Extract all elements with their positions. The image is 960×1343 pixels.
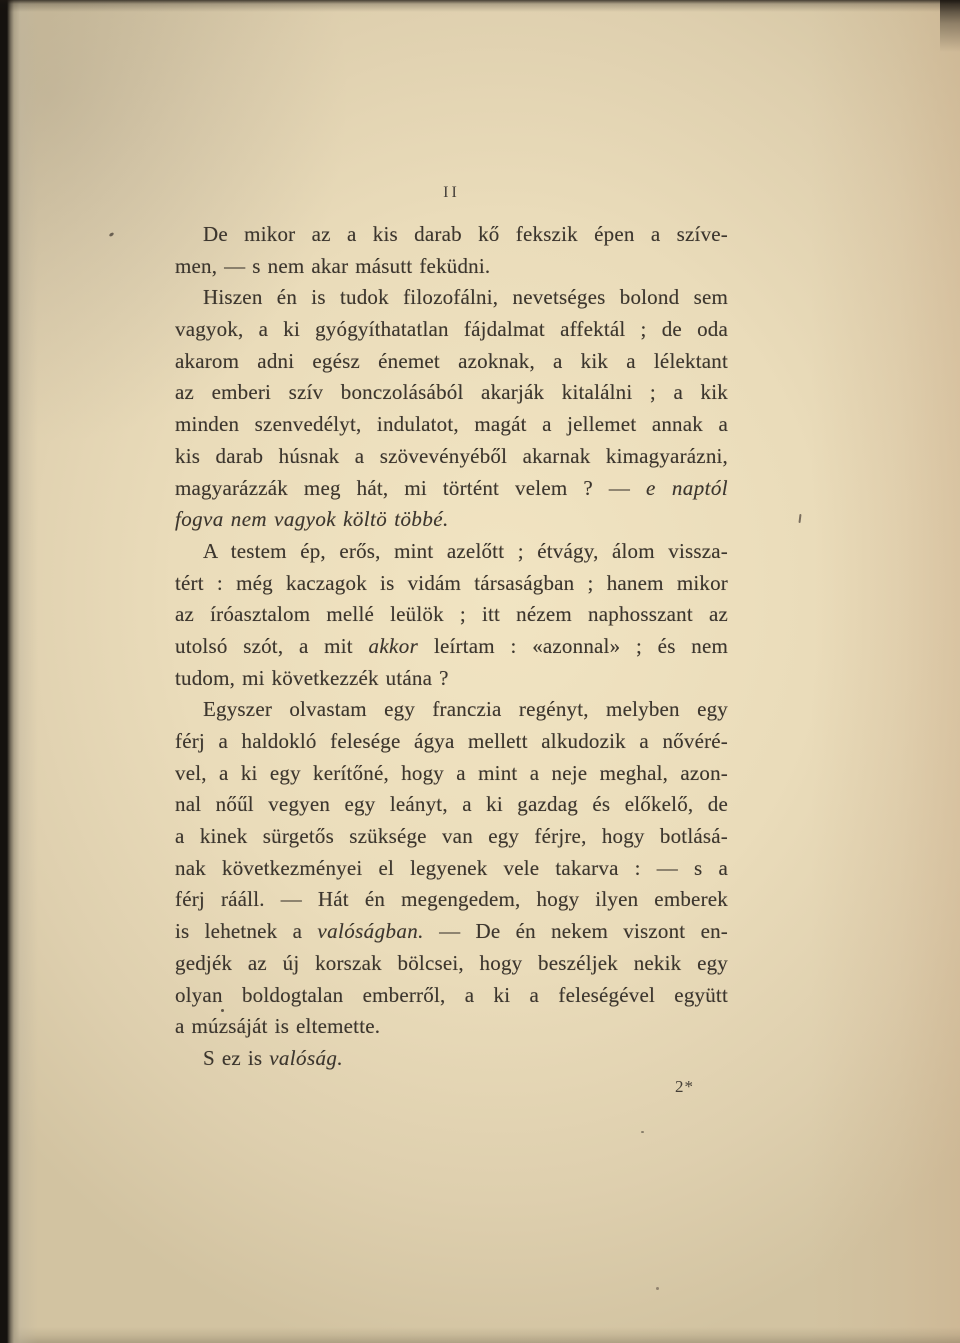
signature-mark: 2* (675, 1077, 694, 1097)
text-segment: Hiszen én is tudok filozofálni, nevetség… (203, 285, 728, 309)
page-number: II (175, 184, 728, 202)
text-segment: S ez is (203, 1046, 269, 1070)
italic-text-segment: e naptól (646, 476, 728, 500)
text-line: az íróasztalom mellé leülök ; itt nézem … (175, 599, 728, 631)
scanned-book-page: II De mikor az a kis darab kő fekszik ép… (0, 0, 960, 1343)
text-segment: kis darab húsnak a szövevényéből akarnak… (175, 444, 728, 468)
text-segment: nal nőűl vegyen egy leányt, a ki gazdag … (175, 792, 728, 816)
text-segment: gedjék az új korszak bölcsei, hogy beszé… (175, 951, 728, 975)
italic-text-segment: valóságban. (317, 919, 423, 943)
text-segment: férj rááll. — Hát én megengedem, hogy il… (175, 887, 728, 911)
text-segment: utolsó szót, a mit (175, 634, 368, 658)
text-segment: vagyok, a ki gyógyíthatatlan fájdalmat a… (175, 317, 728, 341)
text-line: S ez is valóság. (175, 1043, 728, 1075)
text-segment: olyan boldogtalan emberről, a ki a feles… (175, 983, 728, 1007)
italic-text-segment: akkor (368, 634, 418, 658)
text-line: is lehetnek a valóságban. — De én nekem … (175, 916, 728, 948)
text-line: men, — s nem akar másutt feküdni. (175, 251, 728, 283)
text-line: férj a haldokló felesége ágya mellett al… (175, 726, 728, 758)
text-line: tért : még kaczagok is vidám társaságban… (175, 568, 728, 600)
text-segment: a kinek sürgetős szüksége van egy férjre… (175, 824, 728, 848)
text-segment: férj a haldokló felesége ágya mellett al… (175, 729, 728, 753)
text-segment: az íróasztalom mellé leülök ; itt nézem … (175, 602, 728, 626)
text-segment: is lehetnek a (175, 919, 317, 943)
text-line: a múzsáját is eltemette. (175, 1011, 728, 1043)
text-segment: az emberi szív bonczolásából akarják kit… (175, 380, 728, 404)
text-line: minden szenvedélyt, indulatot, magát a j… (175, 409, 728, 441)
italic-text-segment: valóság. (269, 1046, 343, 1070)
text-line: akarom adni egész énemet azoknak, a kik … (175, 346, 728, 378)
ink-speck (656, 1287, 659, 1290)
italic-text-segment: fogva nem vagyok költö többé. (175, 507, 449, 531)
text-line: vagyok, a ki gyógyíthatatlan fájdalmat a… (175, 314, 728, 346)
text-segment: tudom, mi következzék utána ? (175, 666, 449, 690)
text-segment: nak következményei el legyenek vele taka… (175, 856, 728, 880)
text-segment: men, — s nem akar másutt feküdni. (175, 254, 490, 278)
text-segment: leírtam : «azonnal» ; és nem (418, 634, 728, 658)
text-line: az emberi szív bonczolásából akarják kit… (175, 377, 728, 409)
text-segment: A testem ép, erős, mint azelőtt ; étvágy… (203, 539, 728, 563)
scan-corner-shadow (940, 0, 960, 52)
text-line: férj rááll. — Hát én megengedem, hogy il… (175, 884, 728, 916)
text-line: vel, a ki egy kerítőné, hogy a mint a ne… (175, 758, 728, 790)
text-line: kis darab húsnak a szövevényéből akarnak… (175, 441, 728, 473)
ink-speck (109, 232, 115, 237)
ink-speck (221, 1009, 224, 1012)
text-line: A testem ép, erős, mint azelőtt ; étvágy… (175, 536, 728, 568)
text-line: nal nőűl vegyen egy leányt, a ki gazdag … (175, 789, 728, 821)
text-line: Egyszer olvastam egy franczia regényt, m… (175, 694, 728, 726)
text-segment: vel, a ki egy kerítőné, hogy a mint a ne… (175, 761, 728, 785)
text-segment: tért : még kaczagok is vidám társaságban… (175, 571, 728, 595)
text-segment: magyarázzák meg hát, mi történt velem ? … (175, 476, 646, 500)
text-line: gedjék az új korszak bölcsei, hogy beszé… (175, 948, 728, 980)
text-segment: a múzsáját is eltemette. (175, 1014, 380, 1038)
text-line: nak következményei el legyenek vele taka… (175, 853, 728, 885)
text-line: fogva nem vagyok költö többé. (175, 504, 728, 536)
page-text: De mikor az a kis darab kő fekszik épen … (175, 219, 728, 1075)
text-line: De mikor az a kis darab kő fekszik épen … (175, 219, 728, 251)
text-line: utolsó szót, a mit akkor leírtam : «azon… (175, 631, 728, 663)
ink-speck (798, 514, 801, 523)
text-line: Hiszen én is tudok filozofálni, nevetség… (175, 282, 728, 314)
text-segment: Egyszer olvastam egy franczia regényt, m… (203, 697, 728, 721)
text-line: magyarázzák meg hát, mi történt velem ? … (175, 473, 728, 505)
text-segment: De mikor az a kis darab kő fekszik épen … (203, 222, 728, 246)
text-segment: akarom adni egész énemet azoknak, a kik … (175, 349, 728, 373)
ink-speck (641, 1131, 644, 1133)
text-line: a kinek sürgetős szüksége van egy férjre… (175, 821, 728, 853)
text-segment: minden szenvedélyt, indulatot, magát a j… (175, 412, 728, 436)
text-segment: — De én nekem viszont en- (424, 919, 728, 943)
text-line: olyan boldogtalan emberről, a ki a feles… (175, 980, 728, 1012)
text-line: tudom, mi következzék utána ? (175, 663, 728, 695)
